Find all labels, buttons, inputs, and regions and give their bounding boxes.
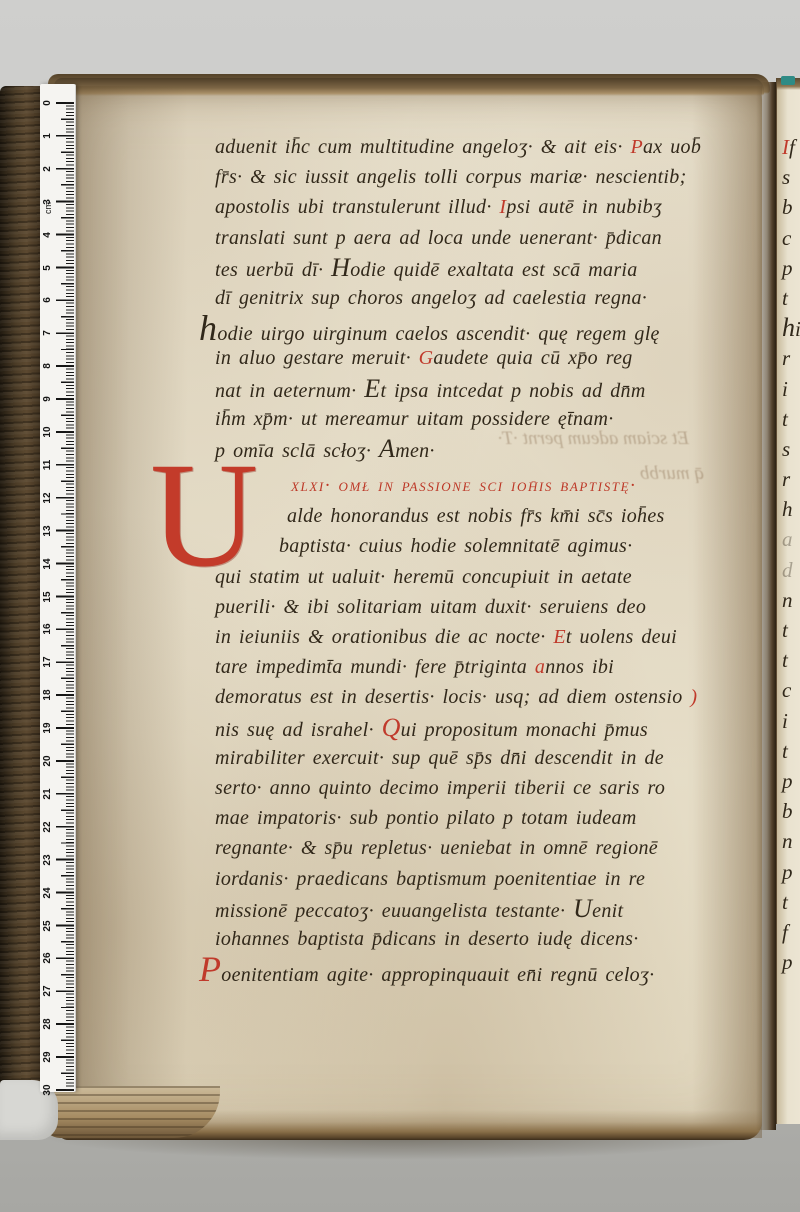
ruler-number: 2 <box>40 154 56 184</box>
recto-glyph-row: p <box>782 766 800 796</box>
text-segment: c <box>782 226 791 250</box>
text-line: alde honorandus est nobis fr̄s km̄i sc̄s… <box>287 501 771 531</box>
text-segment: puerili· & ibi solitariam uitam duxit· s… <box>215 596 646 618</box>
text-segment: regnante· & sp̄u repletus· ueniebat in o… <box>215 837 658 859</box>
text-line: serto· anno quinto decimo imperii tiberi… <box>215 773 771 803</box>
text-segment: p <box>782 860 793 884</box>
ruler-number: 23 <box>40 845 56 875</box>
ruler-number: 10 <box>40 417 56 447</box>
ruler-number: 20 <box>40 746 56 776</box>
ruler-number: 3 <box>40 187 56 217</box>
color-tab <box>781 76 795 85</box>
text-segment: qui statim ut ualuit· heremū concupiuit … <box>215 566 632 588</box>
text-segment: n <box>782 588 793 612</box>
text-segment: iohannes baptista p̄dicans in deserto iu… <box>215 928 639 950</box>
page-gutter-crease <box>756 82 776 1130</box>
recto-glyph-row: b <box>782 796 800 826</box>
ruler-number: 4 <box>40 220 56 250</box>
text-segment: A <box>379 434 395 463</box>
text-segment: r <box>782 467 790 491</box>
ruler-number: 25 <box>40 911 56 941</box>
text-segment: a <box>535 656 545 678</box>
text-segment: ih̄m xp̄m· ut mereamur uitam possidere ę… <box>215 408 614 430</box>
text-segment: h <box>782 497 793 521</box>
recto-glyph-row: c <box>782 675 800 705</box>
text-segment: P <box>630 136 643 158</box>
text-line: tes uerbū dī· Hodie quidē exaltata est s… <box>215 253 771 283</box>
ruler-mm-ticks <box>66 102 74 1092</box>
text-line: hodie uirgo uirginum caelos ascendit· qu… <box>215 313 771 343</box>
ruler-number: 1 <box>40 121 56 151</box>
recto-glyph-row: i <box>782 706 800 736</box>
text-segment: men· <box>395 440 435 462</box>
text-segment: dī genitrix sup choros angeloʒ ad caeles… <box>215 287 647 309</box>
page-stack-corner <box>44 1086 220 1138</box>
ruler-number: 28 <box>40 1009 56 1039</box>
text-segment: iordanis· praedicans baptismum poenitent… <box>215 868 645 890</box>
ruler-number: 12 <box>40 483 56 513</box>
ruler-number: 13 <box>40 516 56 546</box>
text-segment: ui propositum monachi p̄mus <box>401 719 648 741</box>
cm-ruler: cm 0123456789101112131415161718192021222… <box>40 84 76 1092</box>
recto-glyph-row: t <box>782 736 800 766</box>
recto-glyph-row: s <box>782 434 800 464</box>
recto-glyph-row: d <box>782 555 800 585</box>
page-recto-sliver: Ifsbcpthiritsrhadnttcitpbnptfp <box>776 78 800 1124</box>
text-segment: mae impatoris· sub pontio pilato p totam… <box>215 807 637 829</box>
text-segment: c <box>782 678 791 702</box>
recto-glyph-row: r <box>782 464 800 494</box>
text-line: nis suę ad israhel· Qui propositum monac… <box>215 713 771 743</box>
text-line: mae impatoris· sub pontio pilato p totam… <box>215 803 771 833</box>
recto-glyph-row: i <box>782 374 800 404</box>
recto-glyph-row: t <box>782 283 800 313</box>
recto-glyph-row: a <box>782 524 800 554</box>
text-segment: I <box>782 135 789 159</box>
ruler-number: 27 <box>40 976 56 1006</box>
text-segment: t ipsa intcedat p nobis ad dn̄m <box>380 380 645 402</box>
text-segment: b <box>782 195 793 219</box>
text-line: qui statim ut ualuit· heremū concupiuit … <box>215 562 771 592</box>
text-segment: in ieiuniis & orationibus die ac nocte· <box>215 626 553 648</box>
ruler-number: 24 <box>40 878 56 908</box>
text-segment: demoratus est in desertis· locis· usq; a… <box>215 686 683 708</box>
text-segment: t <box>782 648 788 672</box>
ruler-number: 6 <box>40 285 56 315</box>
recto-glyph-row: p <box>782 253 800 283</box>
recto-glyph-row: t <box>782 887 800 917</box>
text-segment: n <box>782 829 793 853</box>
text-segment: ax uob̄ <box>643 136 701 158</box>
text-segment: translati sunt p aera ad loca unde uener… <box>215 227 662 249</box>
ruler-number: 15 <box>40 582 56 612</box>
text-segment: nat in aeternum· <box>215 380 364 402</box>
manuscript-photo: { "scene": { "description": "Photograph … <box>0 0 800 1212</box>
recto-glyph-row: hi <box>782 313 800 343</box>
ruler-number: 8 <box>40 351 56 381</box>
ruler-number: 22 <box>40 812 56 842</box>
text-line: dī genitrix sup choros angeloʒ ad caeles… <box>215 283 771 313</box>
text-line: iordanis· praedicans baptismum poenitent… <box>215 864 771 894</box>
text-segment: i <box>795 317 800 341</box>
text-segment: i <box>782 709 788 733</box>
ruler-number: 14 <box>40 549 56 579</box>
text-segment: t <box>782 286 788 310</box>
text-segment: tare impedimt̄a mundi· fere p̄triginta <box>215 656 535 678</box>
text-segment: nis suę ad israhel· <box>215 719 382 741</box>
text-segment: audete quia cū xp̄o reg <box>433 347 632 369</box>
text-segment: serto· anno quinto decimo imperii tiberi… <box>215 777 665 799</box>
text-segment: t uolens deui <box>566 626 677 648</box>
recto-glyph-row: f <box>782 917 800 947</box>
text-line: in ieiuniis & orationibus die ac nocte· … <box>215 622 771 652</box>
text-segment: d <box>782 558 793 582</box>
text-segment: ) <box>683 686 698 708</box>
text-line: mirabiliter exercuit· sup quē sp̄s dn̄i … <box>215 743 771 773</box>
text-segment: psi autē in nubibʒ <box>506 196 662 218</box>
text-segment: xlxi· omł in passione sci ioh̄is baptist… <box>291 475 637 496</box>
text-line: regnante· & sp̄u repletus· ueniebat in o… <box>215 833 771 863</box>
text-segment: p <box>782 256 793 280</box>
text-segment: t <box>782 890 788 914</box>
text-segment: in aluo gestare meruit· <box>215 347 419 369</box>
recto-glyph-row: s <box>782 162 800 192</box>
text-segment: tes uerbū dī· <box>215 259 331 281</box>
recto-glyph-row: t <box>782 615 800 645</box>
manuscript-text-block: aduenit ih̄c cum multitudine angeloʒ· & … <box>215 132 771 984</box>
text-line: tare impedimt̄a mundi· fere p̄triginta a… <box>215 652 771 682</box>
text-segment: b <box>782 799 793 823</box>
text-segment: U <box>573 894 592 923</box>
ruler-number: 11 <box>40 450 56 480</box>
ruler-number: 7 <box>40 318 56 348</box>
text-line: baptista· cuius hodie solemnitatē agimus… <box>279 531 771 561</box>
ruler-number: 19 <box>40 713 56 743</box>
text-segment: G <box>419 347 434 369</box>
recto-glyph-row: r <box>782 343 800 373</box>
book-spine <box>0 86 44 1130</box>
text-segment: Q <box>382 713 401 742</box>
ruler-number: 5 <box>40 253 56 283</box>
text-segment: a <box>782 527 793 551</box>
text-segment: odie quidē exaltata est scā maria <box>350 259 637 281</box>
text-segment: alde honorandus est nobis fr̄s km̄i sc̄s… <box>287 505 665 527</box>
ruler-number: 0 <box>40 88 56 118</box>
text-segment: t <box>782 739 788 763</box>
recto-glyph-row: p <box>782 947 800 977</box>
text-segment: f <box>789 135 795 159</box>
recto-glyph-row: h <box>782 494 800 524</box>
text-segment: s <box>782 437 790 461</box>
text-segment: i <box>782 377 788 401</box>
text-segment: t <box>782 407 788 431</box>
text-segment: fr̄s· & sic iussit angelis tolli corpus … <box>215 166 687 188</box>
text-line: iohannes baptista p̄dicans in deserto iu… <box>215 924 771 954</box>
text-line: in aluo gestare meruit· Gaudete quia cū … <box>215 343 771 373</box>
marginal-initial: P <box>199 949 221 989</box>
text-segment: missionē peccatoʒ· euuangelista testante… <box>215 900 573 922</box>
text-line: demoratus est in desertis· locis· usq; a… <box>215 682 771 712</box>
ruler-number: 21 <box>40 779 56 809</box>
recto-glyph-row: n <box>782 826 800 856</box>
text-segment: p <box>782 950 793 974</box>
recto-partial-text: Ifsbcpthiritsrhadnttcitpbnptfp <box>782 132 800 977</box>
text-segment: E <box>553 626 566 648</box>
ruler-number: 16 <box>40 614 56 644</box>
gutter-shadow <box>58 86 188 1138</box>
text-line: Poenitentiam agite· appropinquauit en̄i … <box>215 954 771 984</box>
text-line: missionē peccatoʒ· euuangelista testante… <box>215 894 771 924</box>
text-segment: baptista· cuius hodie solemnitatē agimus… <box>279 535 632 557</box>
text-line: aduenit ih̄c cum multitudine angeloʒ· & … <box>215 132 771 162</box>
recto-glyph-row: b <box>782 192 800 222</box>
text-segment: nnos ibi <box>545 656 614 678</box>
recto-glyph-row: t <box>782 404 800 434</box>
recto-glyph-row: c <box>782 223 800 253</box>
text-line: puerili· & ibi solitariam uitam duxit· s… <box>215 592 771 622</box>
text-segment: f <box>782 920 788 944</box>
text-segment: odie uirgo uirginum caelos ascendit· quę… <box>217 323 659 345</box>
ruler-number: 18 <box>40 680 56 710</box>
text-segment: s <box>782 165 790 189</box>
text-line: translati sunt p aera ad loca unde uener… <box>215 223 771 253</box>
text-line: nat in aeternum· Et ipsa intcedat p nobi… <box>215 374 771 404</box>
recto-glyph-row: t <box>782 645 800 675</box>
text-segment: oenitentiam agite· appropinquauit en̄i r… <box>221 964 654 986</box>
text-segment: h <box>782 313 795 342</box>
text-line: apostolis ubi transtulerunt illud· Ipsi … <box>215 192 771 222</box>
text-segment: H <box>331 253 350 282</box>
text-line: fr̄s· & sic iussit angelis tolli corpus … <box>215 162 771 192</box>
ruler-number: 29 <box>40 1042 56 1072</box>
text-segment: enit <box>592 900 623 922</box>
ruler-number: 9 <box>40 384 56 414</box>
recto-glyph-row: p <box>782 857 800 887</box>
ruler-number: 17 <box>40 647 56 677</box>
text-segment: r <box>782 346 790 370</box>
bleedthrough-text: Et sciam adeum pernt ·T· <box>498 428 689 450</box>
ruler-number: 26 <box>40 943 56 973</box>
text-segment: mirabiliter exercuit· sup quē sp̄s dn̄i … <box>215 747 664 769</box>
text-segment: aduenit ih̄c cum multitudine angeloʒ· & … <box>215 136 630 158</box>
bleedthrough-text: q̄ murbb <box>640 463 704 485</box>
text-segment: apostolis ubi transtulerunt illud· <box>215 196 499 218</box>
text-segment: t <box>782 618 788 642</box>
text-segment: E <box>364 374 380 403</box>
text-segment: p <box>782 769 793 793</box>
initial-U: U <box>150 440 258 590</box>
marginal-initial: h <box>199 308 217 348</box>
ruler-number: 30 <box>40 1075 56 1105</box>
recto-glyph-row: If <box>782 132 800 162</box>
recto-glyph-row: n <box>782 585 800 615</box>
